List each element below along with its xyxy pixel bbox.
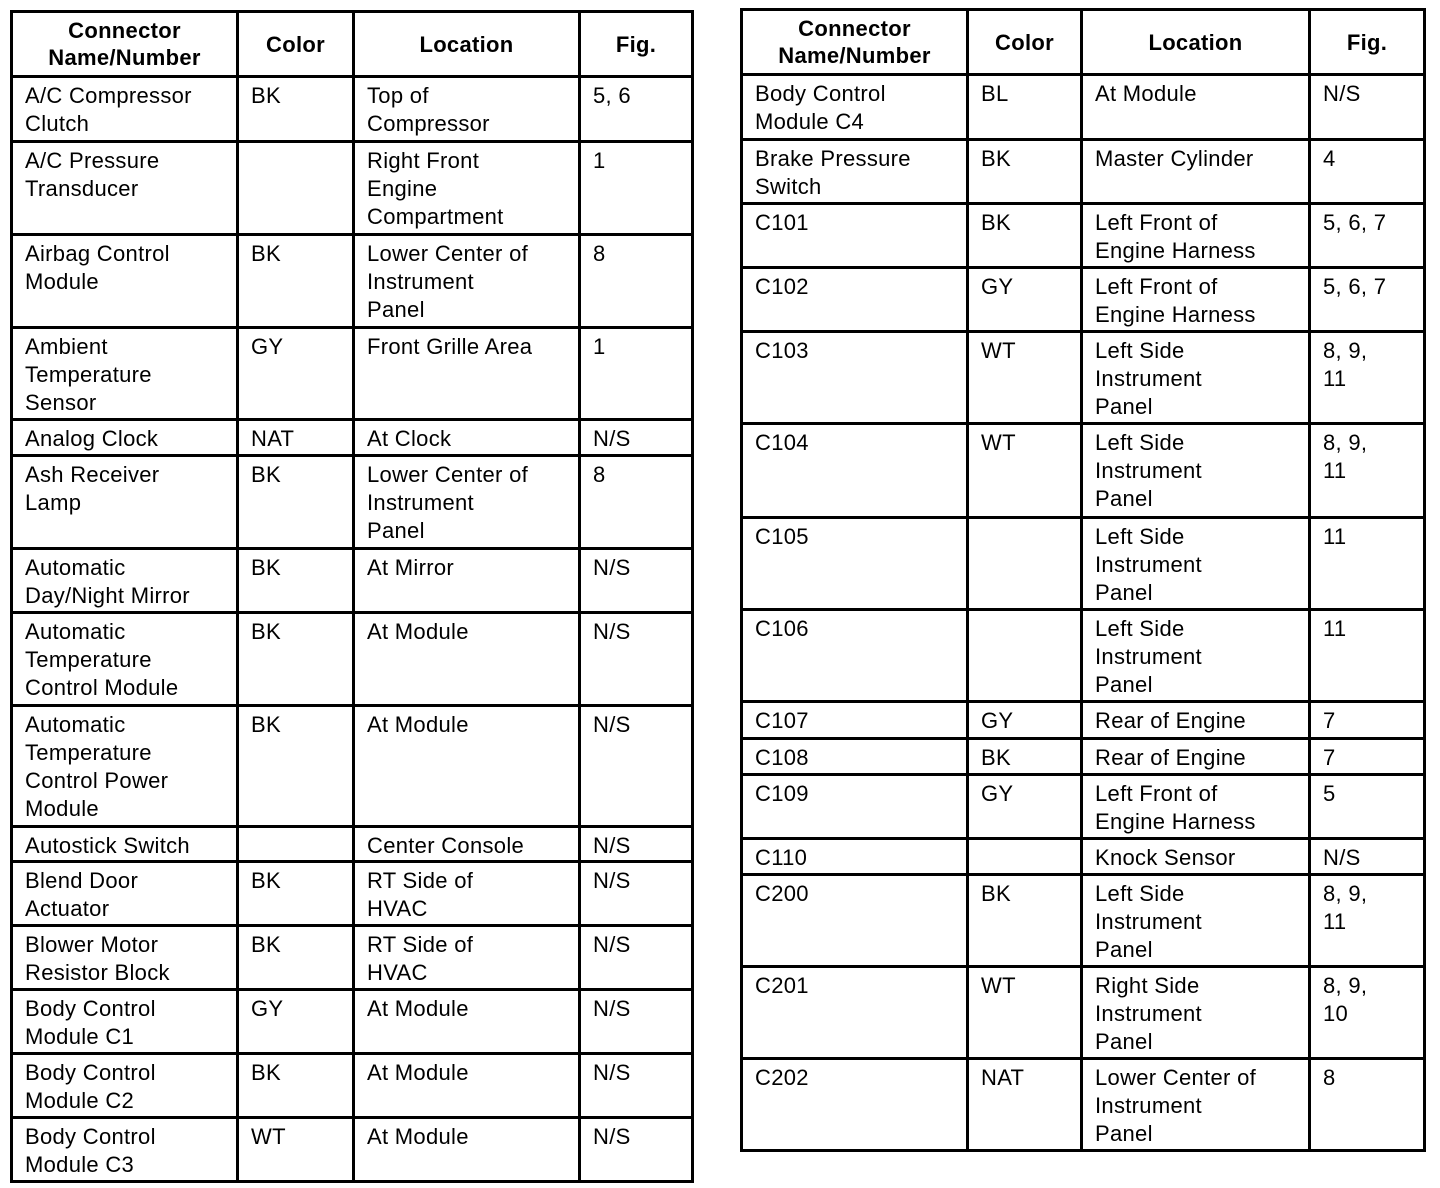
location-text: Rear of Engine [1095,707,1300,735]
table-row: Body Control Module C3WTAt ModuleN/S [12,1118,693,1182]
color-text: BK [251,554,344,582]
connector-name-text: C102 [755,273,958,301]
connector-name-text: C104 [755,429,958,457]
color-text: GY [981,780,1072,808]
fig-text: 8, 9, 11 [1323,337,1415,393]
header-color: Color [968,10,1082,75]
fig-cell: 5, 6, 7 [1310,204,1425,268]
header-fig: Fig. [1310,10,1425,75]
table-row: Blend Door ActuatorBKRT Side of HVACN/S [12,862,693,926]
color-cell [968,518,1082,610]
fig-text: N/S [593,1123,683,1151]
connector-name-cell: C200 [742,875,968,967]
color-cell: BK [238,77,354,142]
connector-name-cell: A/C Pressure Transducer [12,142,238,235]
connector-name-cell: C110 [742,839,968,875]
connector-name-text: A/C Pressure Transducer [25,147,228,203]
connector-name-text: C200 [755,880,958,908]
table-row: C105Left Side Instrument Panel11 [742,518,1425,610]
connector-name-text: A/C Compressor Clutch [25,82,228,138]
fig-text: N/S [593,425,683,453]
color-cell: BK [968,739,1082,775]
header-fig: Fig. [580,12,693,77]
fig-cell: N/S [580,862,693,926]
color-text: BK [981,209,1072,237]
fig-text: N/S [1323,80,1415,108]
color-text: GY [251,995,344,1023]
header-location: Location [1082,10,1310,75]
fig-cell: 1 [580,142,693,235]
table-row: C202NATLower Center of Instrument Panel8 [742,1059,1425,1151]
connector-name-text: C108 [755,744,958,772]
connector-name-cell: C202 [742,1059,968,1151]
connector-name-cell: Ash Receiver Lamp [12,456,238,549]
color-text: BK [251,240,344,268]
connector-name-cell: Blower Motor Resistor Block [12,926,238,990]
fig-cell: N/S [580,549,693,613]
fig-cell: 5, 6, 7 [1310,268,1425,332]
connector-name-cell: C105 [742,518,968,610]
color-text: GY [981,273,1072,301]
location-cell: Knock Sensor [1082,839,1310,875]
location-text: Right Front Engine Compartment [367,147,570,231]
location-text: At Module [367,995,570,1023]
location-text: Lower Center of Instrument Panel [367,461,570,545]
location-text: RT Side of HVAC [367,867,570,923]
location-text: At Module [367,618,570,646]
location-cell: Left Side Instrument Panel [1082,424,1310,518]
connector-name-cell: C107 [742,702,968,739]
color-cell: GY [238,328,354,420]
color-cell: GY [238,990,354,1054]
connector-name-text: Ash Receiver Lamp [25,461,228,517]
connector-name-cell: Ambient Temperature Sensor [12,328,238,420]
color-cell: BK [238,456,354,549]
location-text: At Module [367,1059,570,1087]
color-text: BK [251,1059,344,1087]
location-text: Rear of Engine [1095,744,1300,772]
fig-text: 4 [1323,145,1415,173]
color-text: GY [251,333,344,361]
color-cell: BK [238,1054,354,1118]
fig-cell: N/S [580,926,693,990]
table-row: Automatic Temperature Control ModuleBKAt… [12,613,693,706]
color-text: BK [981,880,1072,908]
connector-name-text: Airbag Control Module [25,240,228,296]
fig-cell: 8 [1310,1059,1425,1151]
table-row: Body Control Module C2BKAt ModuleN/S [12,1054,693,1118]
location-text: Left Front of Engine Harness [1095,209,1300,265]
fig-cell: N/S [1310,75,1425,140]
fig-text: 8, 9, 11 [1323,429,1415,485]
fig-text: N/S [593,867,683,895]
fig-cell: 8, 9, 11 [1310,332,1425,424]
table-row: A/C Compressor ClutchBKTop of Compressor… [12,77,693,142]
location-text: Lower Center of Instrument Panel [1095,1064,1300,1148]
location-text: Left Side Instrument Panel [1095,615,1300,699]
connector-name-text: Automatic Temperature Control Module [25,618,228,702]
fig-cell: 11 [1310,610,1425,702]
table-row: C102GYLeft Front of Engine Harness5, 6, … [742,268,1425,332]
color-text: WT [981,972,1072,1000]
connector-name-text: Automatic Temperature Control Power Modu… [25,711,228,823]
location-cell: Left Front of Engine Harness [1082,268,1310,332]
table-row: Body Control Module C4BLAt ModuleN/S [742,75,1425,140]
connector-name-text: C103 [755,337,958,365]
location-cell: Left Side Instrument Panel [1082,610,1310,702]
fig-cell: 8 [580,235,693,328]
color-text: GY [981,707,1072,735]
location-cell: Lower Center of Instrument Panel [354,235,580,328]
connector-name-text: Body Control Module C1 [25,995,228,1051]
location-text: At Mirror [367,554,570,582]
location-cell: Rear of Engine [1082,739,1310,775]
fig-text: 8, 9, 11 [1323,880,1415,936]
fig-cell: 8, 9, 11 [1310,424,1425,518]
header-color: Color [238,12,354,77]
location-cell: At Module [354,1118,580,1182]
location-cell: Left Side Instrument Panel [1082,518,1310,610]
color-cell: BK [968,140,1082,204]
color-cell [968,610,1082,702]
connector-name-text: C109 [755,780,958,808]
location-text: Center Console [367,832,570,860]
location-cell: RT Side of HVAC [354,926,580,990]
table-row: A/C Pressure TransducerRight Front Engin… [12,142,693,235]
table-row: Airbag Control ModuleBKLower Center of I… [12,235,693,328]
fig-cell: 8, 9, 11 [1310,875,1425,967]
connector-name-text: C101 [755,209,958,237]
color-cell: NAT [238,420,354,456]
location-cell: Front Grille Area [354,328,580,420]
fig-text: 8 [593,240,683,268]
color-text: NAT [981,1064,1072,1092]
table-row: Autostick SwitchCenter ConsoleN/S [12,827,693,862]
connector-name-text: Body Control Module C2 [25,1059,228,1115]
location-text: Front Grille Area [367,333,570,361]
table-row: Body Control Module C1GYAt ModuleN/S [12,990,693,1054]
connector-name-cell: Blend Door Actuator [12,862,238,926]
location-text: Left Side Instrument Panel [1095,337,1300,421]
location-cell: Right Side Instrument Panel [1082,967,1310,1059]
fig-cell: N/S [580,420,693,456]
color-cell: BK [968,204,1082,268]
location-cell: Rear of Engine [1082,702,1310,739]
location-cell: At Module [1082,75,1310,140]
connector-name-cell: C109 [742,775,968,839]
color-cell: BK [238,235,354,328]
table-row: C109GYLeft Front of Engine Harness5 [742,775,1425,839]
fig-cell: 5, 6 [580,77,693,142]
connector-name-cell: Automatic Temperature Control Module [12,613,238,706]
connector-name-text: Blend Door Actuator [25,867,228,923]
connector-name-cell: C106 [742,610,968,702]
connector-name-cell: A/C Compressor Clutch [12,77,238,142]
fig-text: 1 [593,333,683,361]
color-text: WT [251,1123,344,1151]
connector-name-cell: Body Control Module C4 [742,75,968,140]
location-text: Lower Center of Instrument Panel [367,240,570,324]
connector-name-cell: Body Control Module C3 [12,1118,238,1182]
fig-text: 11 [1323,615,1415,643]
fig-text: N/S [593,1059,683,1087]
location-cell: Center Console [354,827,580,862]
location-text: Left Front of Engine Harness [1095,273,1300,329]
location-text: At Module [367,711,570,739]
table-row: C110Knock SensorN/S [742,839,1425,875]
color-text: BK [251,711,344,739]
fig-text: 8, 9, 10 [1323,972,1415,1028]
color-cell: BL [968,75,1082,140]
location-cell: Left Front of Engine Harness [1082,204,1310,268]
fig-text: N/S [593,618,683,646]
location-text: Left Side Instrument Panel [1095,880,1300,964]
color-cell: BK [238,613,354,706]
fig-cell: 5 [1310,775,1425,839]
color-cell: WT [238,1118,354,1182]
color-cell: BK [968,875,1082,967]
connector-name-cell: Brake Pressure Switch [742,140,968,204]
connector-name-cell: C102 [742,268,968,332]
connector-name-cell: C104 [742,424,968,518]
connector-name-cell: Autostick Switch [12,827,238,862]
location-cell: Top of Compressor [354,77,580,142]
fig-text: N/S [593,832,683,860]
connector-name-text: Body Control Module C3 [25,1123,228,1179]
fig-text: N/S [593,554,683,582]
table-row: C201WTRight Side Instrument Panel8, 9, 1… [742,967,1425,1059]
fig-cell: N/S [580,706,693,827]
connector-name-text: Ambient Temperature Sensor [25,333,228,417]
table-row: Analog ClockNATAt ClockN/S [12,420,693,456]
color-text: BK [251,931,344,959]
color-cell: BK [238,926,354,990]
fig-text: 5, 6, 7 [1323,209,1415,237]
color-cell: BK [238,706,354,827]
location-text: RT Side of HVAC [367,931,570,987]
fig-text: N/S [593,995,683,1023]
color-cell [968,839,1082,875]
connector-name-cell: C103 [742,332,968,424]
location-cell: Left Side Instrument Panel [1082,332,1310,424]
fig-cell: 11 [1310,518,1425,610]
fig-text: 11 [1323,523,1415,551]
header-location: Location [354,12,580,77]
location-cell: RT Side of HVAC [354,862,580,926]
table-row: Automatic Temperature Control Power Modu… [12,706,693,827]
connector-name-text: C110 [755,844,958,872]
fig-text: 5, 6 [593,82,683,110]
color-text: BK [251,82,344,110]
table-row: C106Left Side Instrument Panel11 [742,610,1425,702]
connector-table-left: Connector Name/Number Color Location Fig… [10,10,694,1183]
location-cell: Right Front Engine Compartment [354,142,580,235]
fig-cell: N/S [580,1054,693,1118]
location-cell: At Module [354,706,580,827]
fig-cell: 7 [1310,702,1425,739]
color-text: BK [251,867,344,895]
fig-cell: 7 [1310,739,1425,775]
fig-cell: N/S [1310,839,1425,875]
connector-name-cell: Analog Clock [12,420,238,456]
color-text: BK [251,618,344,646]
connector-name-text: C201 [755,972,958,1000]
location-cell: Left Front of Engine Harness [1082,775,1310,839]
location-text: Left Side Instrument Panel [1095,523,1300,607]
color-text: BK [981,145,1072,173]
connector-name-cell: Airbag Control Module [12,235,238,328]
color-cell [238,827,354,862]
color-cell: GY [968,268,1082,332]
location-cell: At Module [354,1054,580,1118]
table-row: C103WTLeft Side Instrument Panel8, 9, 11 [742,332,1425,424]
table-row: C101BKLeft Front of Engine Harness5, 6, … [742,204,1425,268]
location-cell: Lower Center of Instrument Panel [1082,1059,1310,1151]
table-row: C107GYRear of Engine7 [742,702,1425,739]
location-text: Knock Sensor [1095,844,1300,872]
color-text: WT [981,337,1072,365]
connector-name-text: Blower Motor Resistor Block [25,931,228,987]
fig-cell: N/S [580,827,693,862]
location-cell: Left Side Instrument Panel [1082,875,1310,967]
connector-name-cell: C201 [742,967,968,1059]
fig-cell: 4 [1310,140,1425,204]
color-cell: WT [968,424,1082,518]
color-text: BK [981,744,1072,772]
table-header-row: Connector Name/Number Color Location Fig… [12,12,693,77]
connector-name-text: C107 [755,707,958,735]
location-cell: At Clock [354,420,580,456]
fig-cell: 8 [580,456,693,549]
table-row: Automatic Day/Night MirrorBKAt MirrorN/S [12,549,693,613]
connector-name-text: Analog Clock [25,425,228,453]
connector-name-cell: Automatic Temperature Control Power Modu… [12,706,238,827]
color-cell: BK [238,549,354,613]
connector-table-right: Connector Name/Number Color Location Fig… [740,8,1426,1152]
connector-name-text: C106 [755,615,958,643]
fig-text: N/S [1323,844,1415,872]
location-text: At Module [1095,80,1300,108]
location-cell: At Module [354,990,580,1054]
connector-name-cell: Body Control Module C2 [12,1054,238,1118]
fig-text: 8 [1323,1064,1415,1092]
connector-name-text: C202 [755,1064,958,1092]
fig-text: 7 [1323,707,1415,735]
connector-name-text: C105 [755,523,958,551]
color-cell: GY [968,775,1082,839]
fig-text: 1 [593,147,683,175]
fig-cell: N/S [580,1118,693,1182]
color-text: BL [981,80,1072,108]
fig-text: N/S [593,931,683,959]
fig-cell: 8, 9, 10 [1310,967,1425,1059]
location-text: Left Front of Engine Harness [1095,780,1300,836]
color-cell: WT [968,332,1082,424]
connector-name-cell: Body Control Module C1 [12,990,238,1054]
fig-cell: N/S [580,613,693,706]
table-row: Ash Receiver LampBKLower Center of Instr… [12,456,693,549]
table-row: Ambient Temperature SensorGYFront Grille… [12,328,693,420]
color-cell: GY [968,702,1082,739]
location-text: Top of Compressor [367,82,570,138]
table-row: C108BKRear of Engine7 [742,739,1425,775]
connector-name-text: Body Control Module C4 [755,80,958,136]
table-header-row: Connector Name/Number Color Location Fig… [742,10,1425,75]
header-connector-name: Connector Name/Number [742,10,968,75]
connector-name-cell: C108 [742,739,968,775]
fig-cell: N/S [580,990,693,1054]
location-cell: Lower Center of Instrument Panel [354,456,580,549]
location-text: Left Side Instrument Panel [1095,429,1300,513]
connector-name-text: Brake Pressure Switch [755,145,958,201]
table-row: C104WTLeft Side Instrument Panel8, 9, 11 [742,424,1425,518]
location-cell: At Module [354,613,580,706]
location-cell: At Mirror [354,549,580,613]
location-text: At Module [367,1123,570,1151]
table-row: Blower Motor Resistor BlockBKRT Side of … [12,926,693,990]
color-cell: NAT [968,1059,1082,1151]
connector-name-text: Autostick Switch [25,832,228,860]
location-cell: Master Cylinder [1082,140,1310,204]
connector-name-text: Automatic Day/Night Mirror [25,554,228,610]
header-connector-name: Connector Name/Number [12,12,238,77]
fig-text: 5 [1323,780,1415,808]
fig-text: 7 [1323,744,1415,772]
color-cell [238,142,354,235]
fig-cell: 1 [580,328,693,420]
fig-text: 5, 6, 7 [1323,273,1415,301]
location-text: Right Side Instrument Panel [1095,972,1300,1056]
color-text: BK [251,461,344,489]
fig-text: 8 [593,461,683,489]
connector-name-cell: Automatic Day/Night Mirror [12,549,238,613]
location-text: Master Cylinder [1095,145,1300,173]
color-cell: WT [968,967,1082,1059]
fig-text: N/S [593,711,683,739]
location-text: At Clock [367,425,570,453]
table-row: C200BKLeft Side Instrument Panel8, 9, 11 [742,875,1425,967]
table-row: Brake Pressure SwitchBKMaster Cylinder4 [742,140,1425,204]
color-cell: BK [238,862,354,926]
connector-name-cell: C101 [742,204,968,268]
color-text: NAT [251,425,344,453]
color-text: WT [981,429,1072,457]
